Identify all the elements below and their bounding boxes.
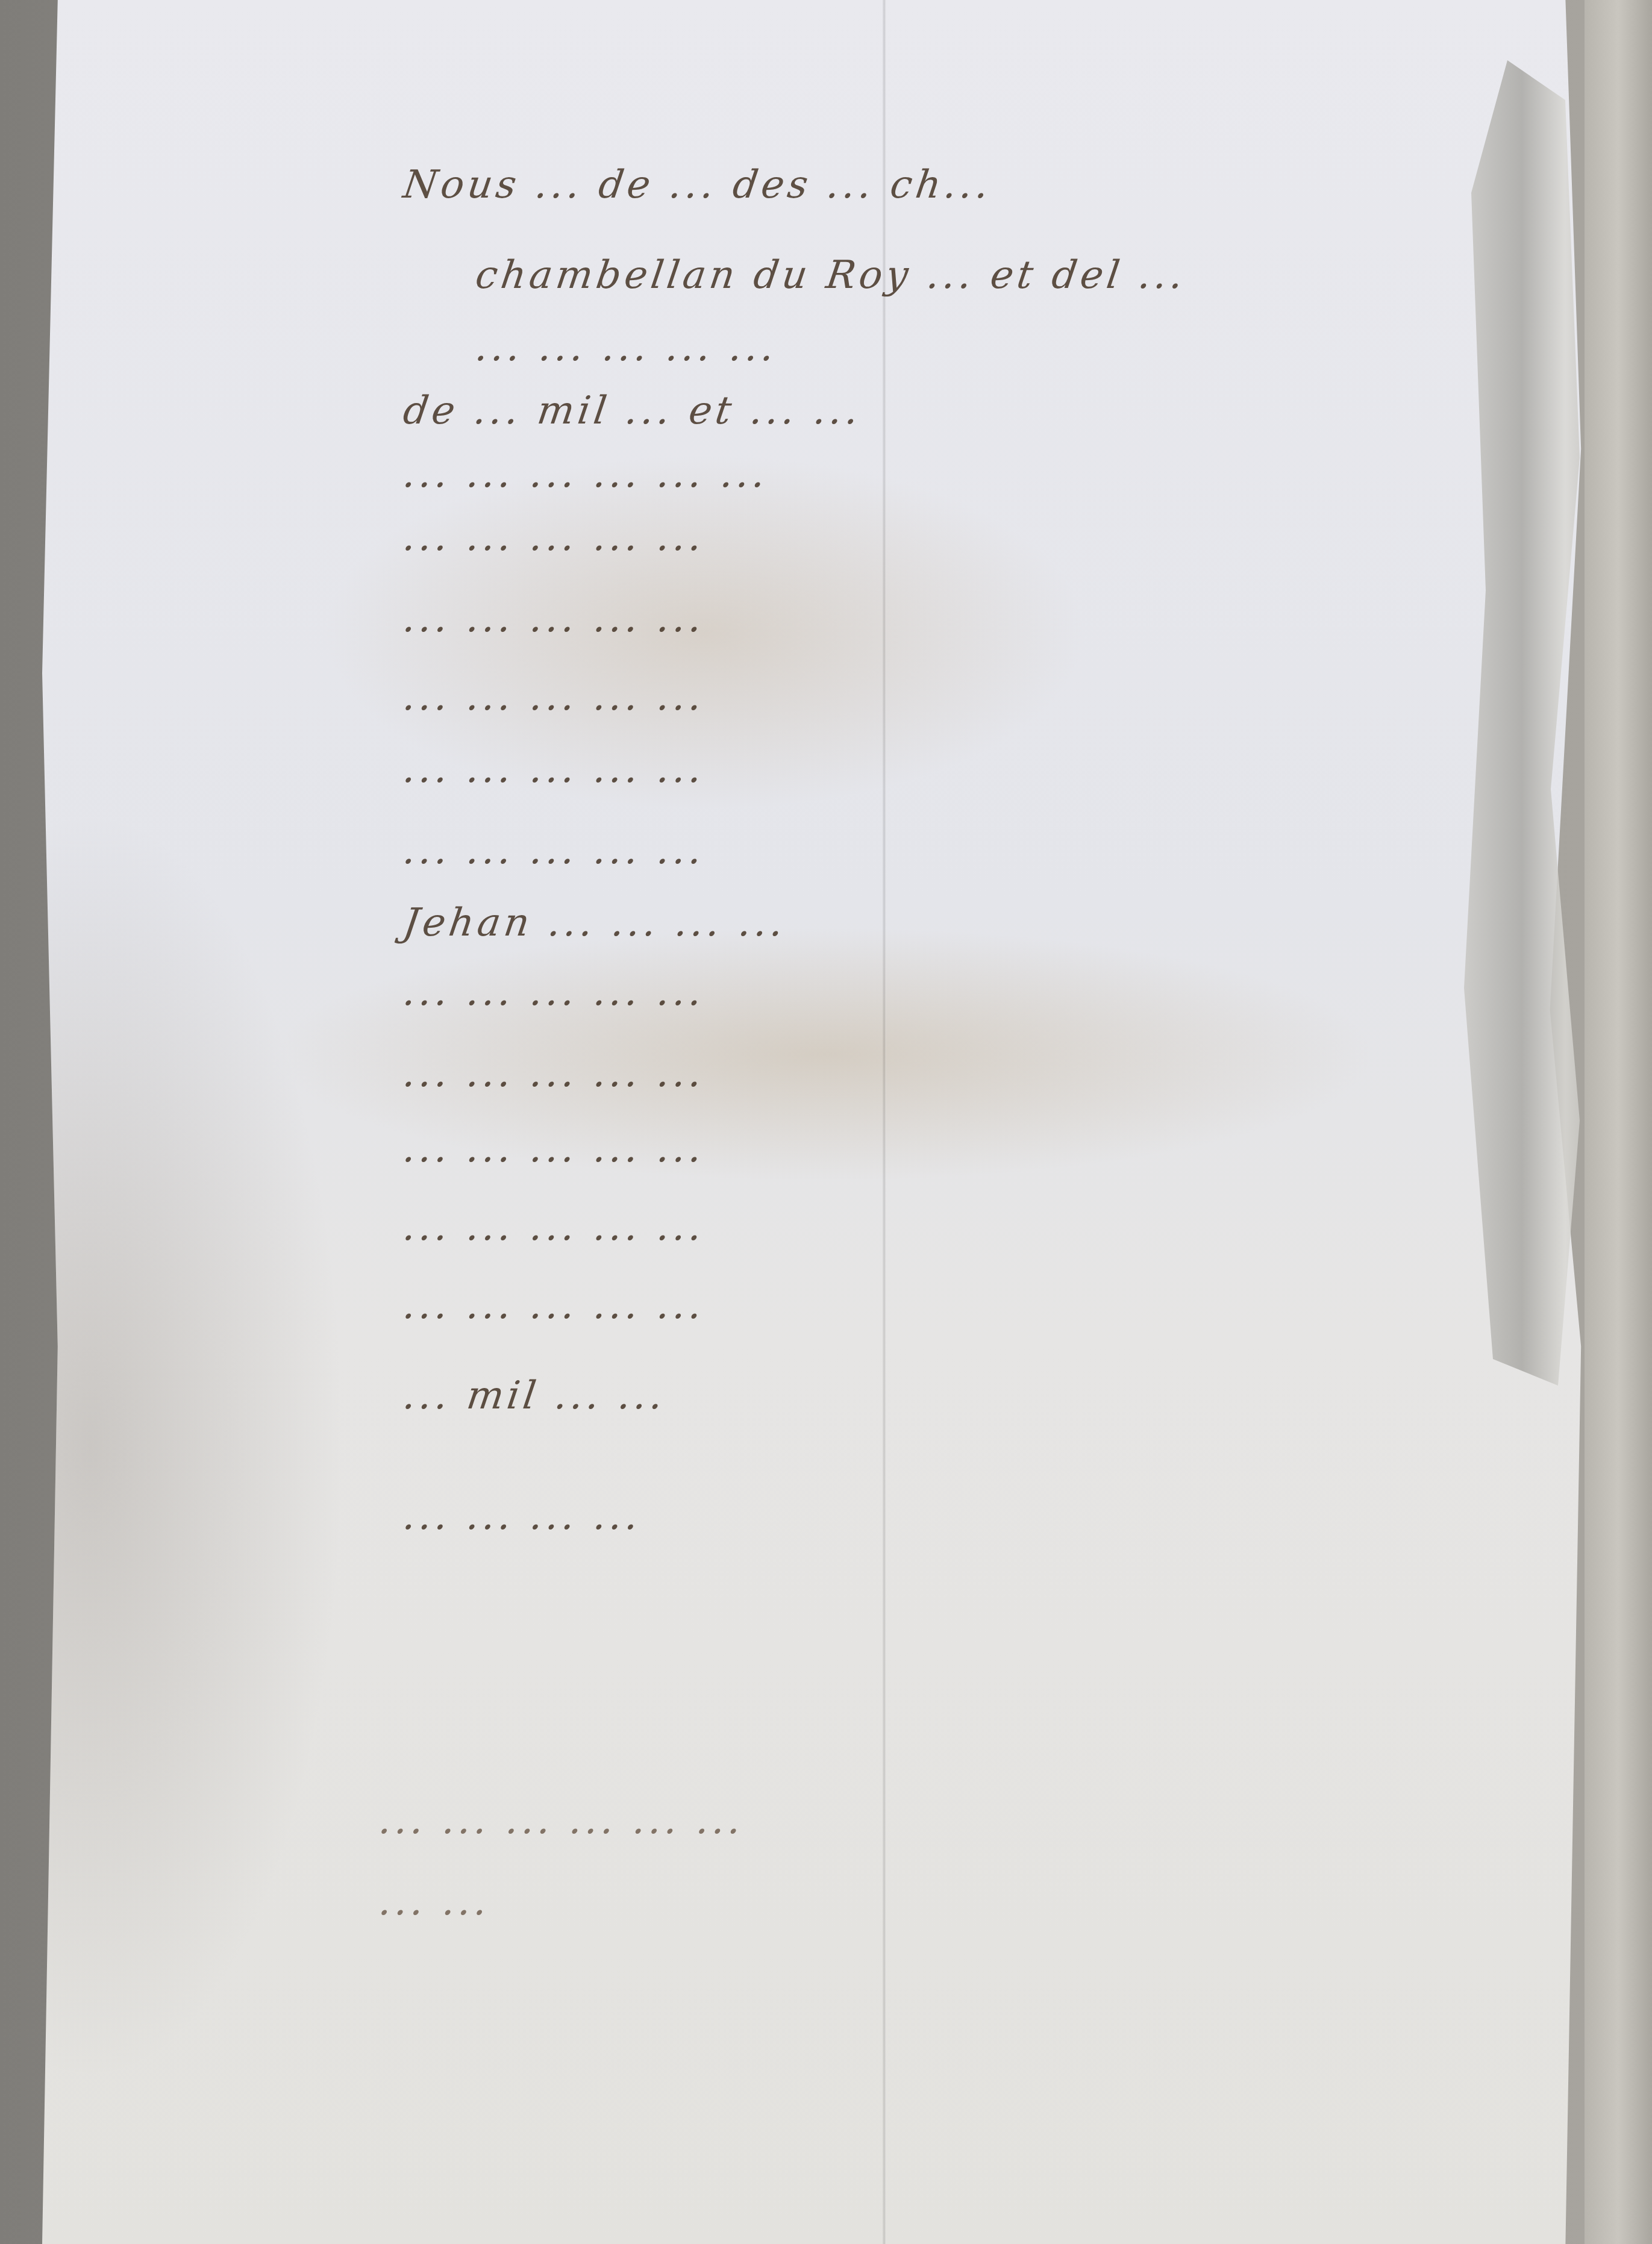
manuscript-line: ... ... ... ... ... — [401, 515, 709, 560]
manuscript-line: ... ... ... ... ... — [401, 1283, 709, 1328]
manuscript-line: Jehan ... ... ... ... — [401, 901, 790, 945]
signature-line: ... ... ... ... ... ... — [377, 1798, 748, 1843]
manuscript-line: ... ... ... ... — [401, 1494, 645, 1539]
manuscript-line: ... ... ... ... ... — [473, 325, 781, 370]
manuscript-line: ... mil ... ... — [401, 1374, 669, 1418]
manuscript-line: Nous ... de ... des ... ch... — [401, 163, 995, 207]
signature-line: ... ... — [377, 1880, 494, 1924]
manuscript-line: ... ... ... ... ... — [401, 970, 709, 1014]
center-fold — [883, 0, 886, 2244]
manuscript-line: chambellan du Roy ... et del ... — [473, 253, 1190, 298]
manuscript-line: ... ... ... ... ... — [401, 747, 709, 792]
manuscript-line: ... ... ... ... ... ... — [401, 452, 772, 496]
manuscript-line: ... ... ... ... ... — [401, 1127, 709, 1171]
backing-board — [1585, 0, 1652, 2244]
manuscript-line: ... ... ... ... ... — [401, 828, 709, 873]
manuscript-sheet: Nous ... de ... des ... ch...chambellan … — [42, 0, 1597, 2244]
document-photo: Nous ... de ... des ... ch...chambellan … — [0, 0, 1652, 2244]
manuscript-line: ... ... ... ... ... — [401, 596, 709, 641]
manuscript-line: ... ... ... ... ... — [401, 1205, 709, 1249]
manuscript-line: ... ... ... ... ... — [401, 1051, 709, 1096]
manuscript-line: ... ... ... ... ... — [401, 675, 709, 719]
manuscript-line: de ... mil ... et ... ... — [401, 389, 865, 433]
